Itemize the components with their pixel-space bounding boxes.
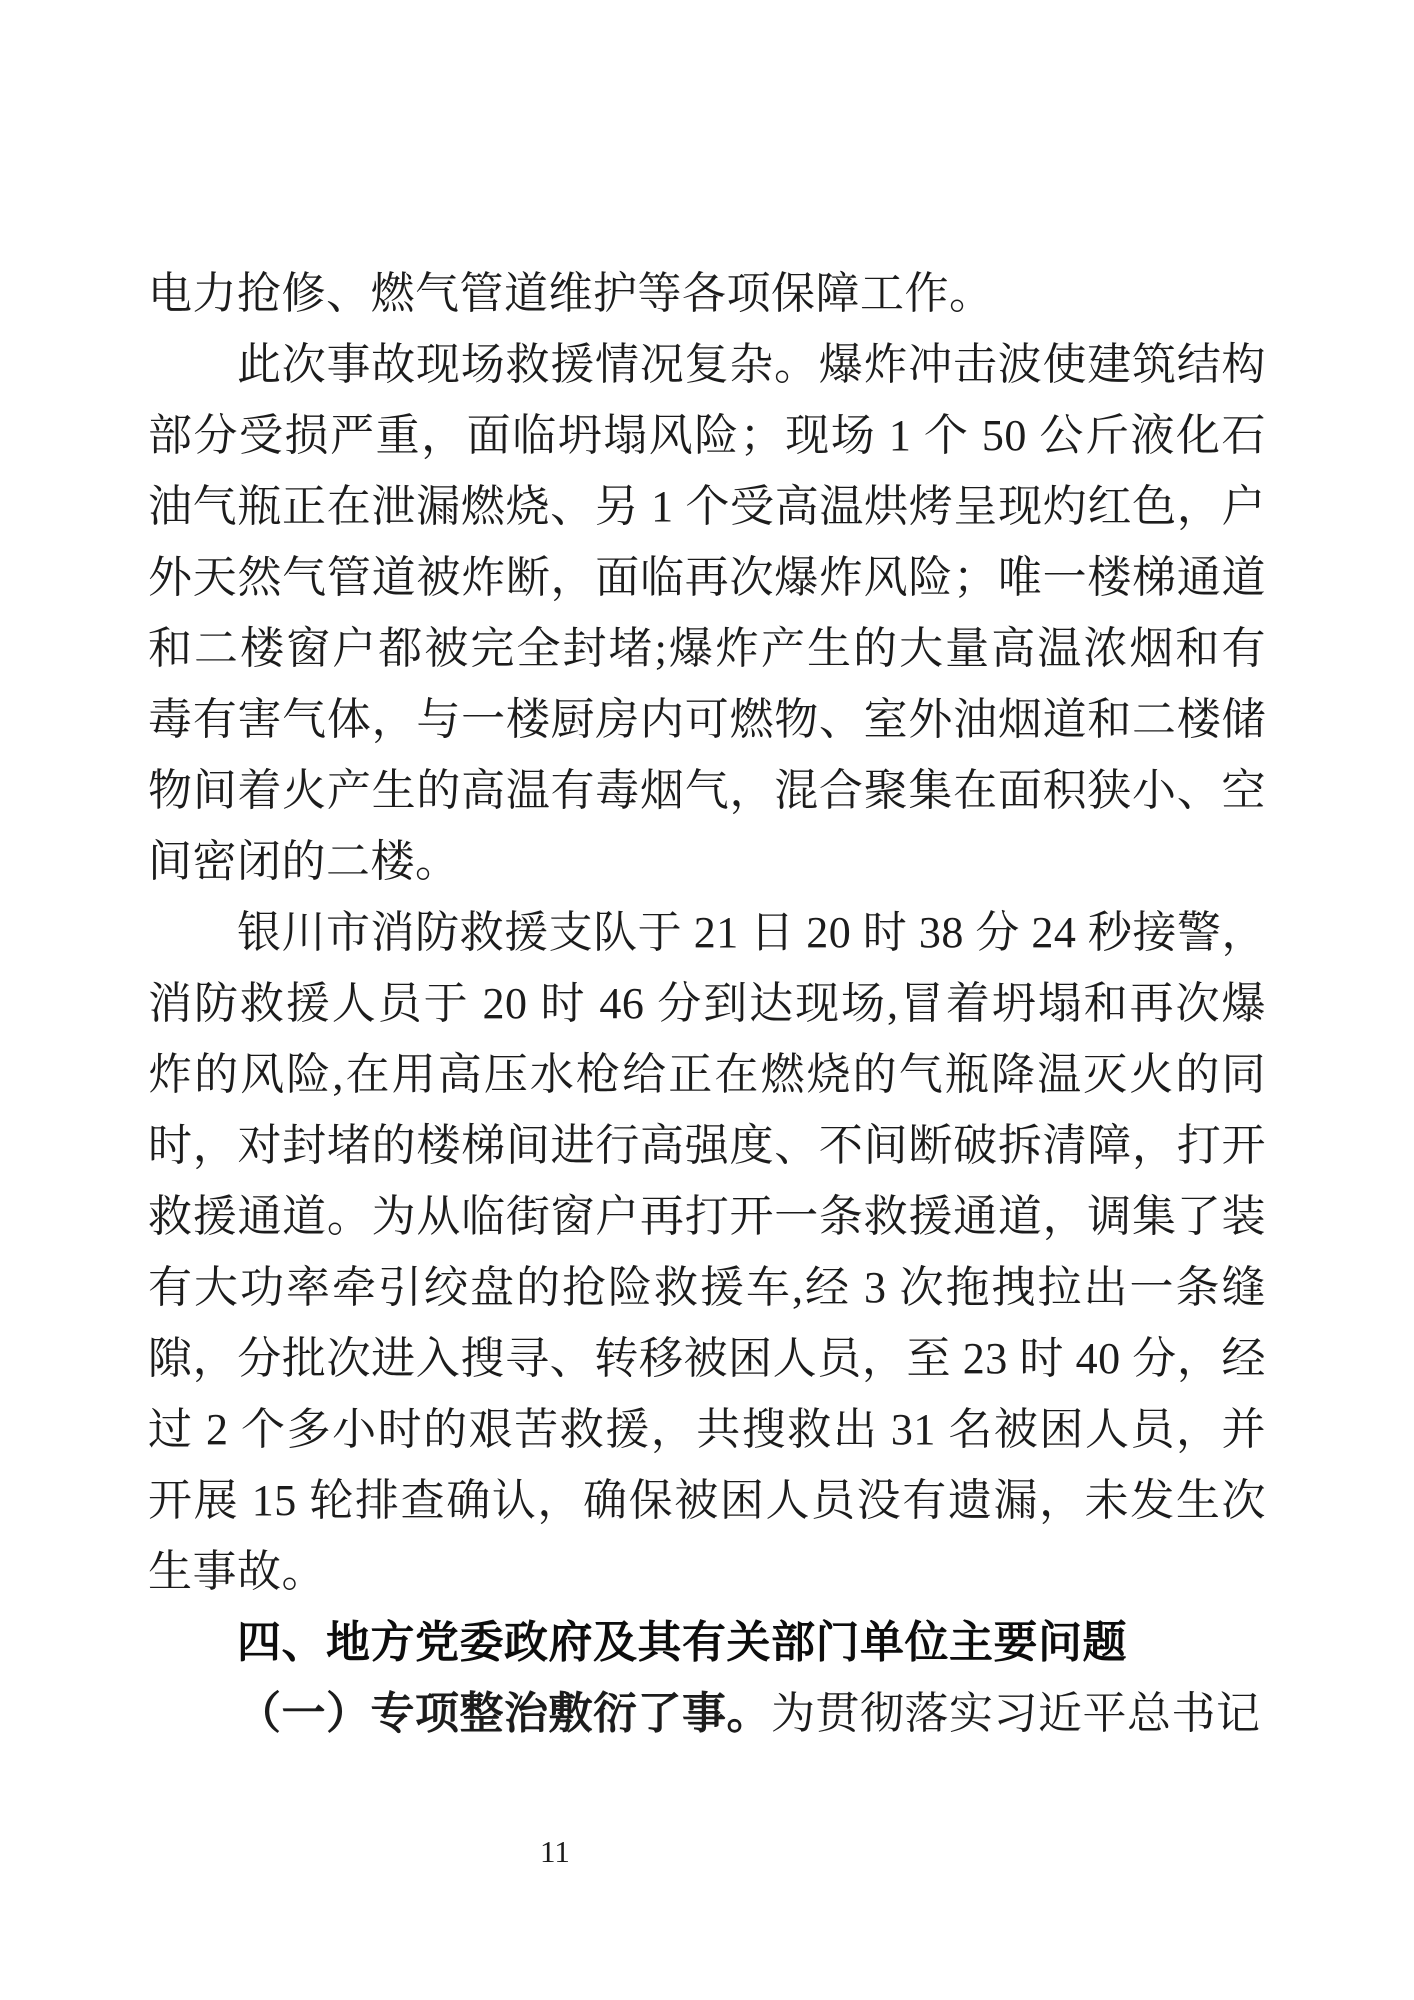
body-line-9: 间密闭的二楼。 xyxy=(148,826,1266,897)
body-line-6: 和二楼窗户都被完全封堵;爆炸产生的大量高温浓烟和有 xyxy=(148,613,1266,684)
body-line-7: 毒有害气体，与一楼厨房内可燃物、室外油烟道和二楼储 xyxy=(148,684,1266,755)
body-line-16: 隙，分批次进入搜寻、转移被困人员，至 23 时 40 分，经 xyxy=(148,1323,1266,1394)
body-line-2: 此次事故现场救援情况复杂。爆炸冲击波使建筑结构 xyxy=(148,329,1266,400)
body-line-17: 过 2 个多小时的艰苦救援，共搜救出 31 名被困人员，并 xyxy=(148,1394,1266,1465)
document-text-block: 电力抢修、燃气管道维护等各项保障工作。 此次事故现场救援情况复杂。爆炸冲击波使建… xyxy=(148,258,1266,1749)
body-line-12: 炸的风险,在用高压水枪给正在燃烧的气瓶降温灭火的同 xyxy=(148,1039,1266,1110)
subsection-rest: 为贯彻落实习近平总书记 xyxy=(771,1689,1261,1738)
body-line-8: 物间着火产生的高温有毒烟气，混合聚集在面积狭小、空 xyxy=(148,755,1266,826)
body-line-1: 电力抢修、燃气管道维护等各项保障工作。 xyxy=(148,258,1266,329)
body-line-15: 有大功率牵引绞盘的抢险救援车,经 3 次拖拽拉出一条缝 xyxy=(148,1252,1266,1323)
body-line-5: 外天然气管道被炸断，面临再次爆炸风险；唯一楼梯通道 xyxy=(148,542,1266,613)
body-line-21: （一）专项整治敷衍了事。为贯彻落实习近平总书记 xyxy=(148,1678,1266,1749)
body-line-13: 时，对封堵的楼梯间进行高强度、不间断破拆清障，打开 xyxy=(148,1110,1266,1181)
section-heading: 四、地方党委政府及其有关部门单位主要问题 xyxy=(148,1607,1266,1678)
body-line-4: 油气瓶正在泄漏燃烧、另 1 个受高温烘烤呈现灼红色，户 xyxy=(148,471,1266,542)
page-number: 11 xyxy=(540,1832,570,1872)
document-page: 电力抢修、燃气管道维护等各项保障工作。 此次事故现场救援情况复杂。爆炸冲击波使建… xyxy=(0,0,1414,2000)
body-line-18: 开展 15 轮排查确认，确保被困人员没有遗漏，未发生次 xyxy=(148,1465,1266,1536)
body-line-14: 救援通道。为从临街窗户再打开一条救援通道，调集了装 xyxy=(148,1181,1266,1252)
subsection-lead: （一）专项整治敷衍了事。 xyxy=(237,1689,771,1738)
body-line-11: 消防救援人员于 20 时 46 分到达现场,冒着坍塌和再次爆 xyxy=(148,968,1266,1039)
body-line-10: 银川市消防救援支队于 21 日 20 时 38 分 24 秒接警， xyxy=(148,897,1266,968)
body-line-3: 部分受损严重，面临坍塌风险；现场 1 个 50 公斤液化石 xyxy=(148,400,1266,471)
body-line-19: 生事故。 xyxy=(148,1536,1266,1607)
